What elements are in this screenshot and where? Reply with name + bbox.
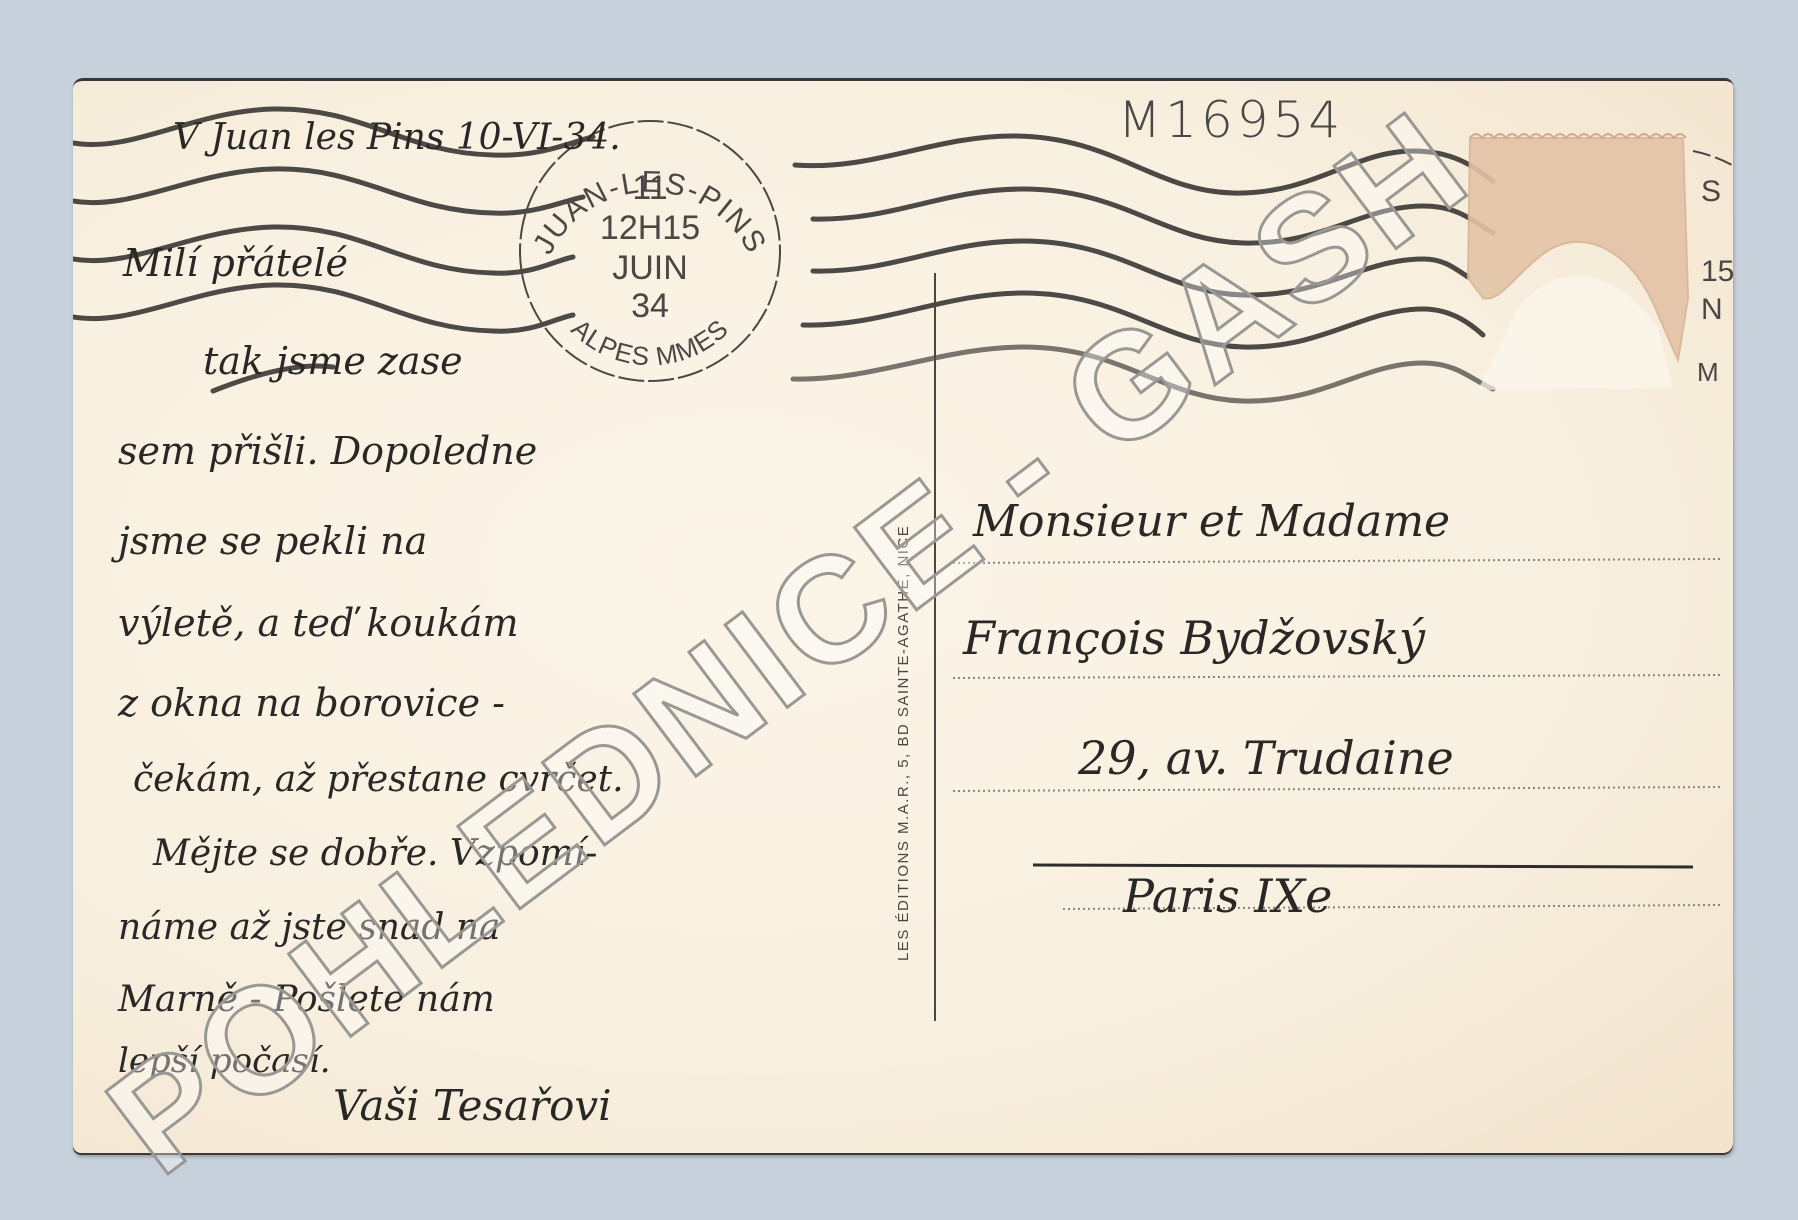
stamp-remnant [1458, 128, 1703, 393]
message-line: sem přišli. Dopoledne [118, 429, 537, 473]
message-line: jsme se pekli na [118, 519, 427, 563]
catalog-number: M16954 [1118, 91, 1344, 149]
postmark-year: 34 [631, 287, 669, 325]
message-line: tak jsme zase [203, 339, 463, 383]
wavy-cancellation-right [793, 136, 1493, 401]
publisher-imprint: LES ÉDITIONS M.A.R., 5, BD SAINTE-AGATHE… [895, 525, 912, 961]
message-place-date: V Juan les Pins 10-VI-34. [173, 117, 621, 158]
address-line: Paris IXe [1123, 869, 1332, 923]
postmark-time: 12H15 [600, 209, 700, 247]
message-line: lepší počasí. [118, 1041, 331, 1081]
address-line: 29, av. Trudaine [1078, 731, 1454, 785]
message-signature: Vaši Tesařovi [333, 1081, 612, 1130]
message-greeting: Milí přátelé [123, 241, 348, 285]
postmark-day: 11 [632, 169, 667, 207]
svg-text:15: 15 [1701, 255, 1733, 288]
message-line: Marně - Pošlete nám [118, 979, 495, 1020]
postcard: JUAN-LES-PINS ALPES MMES 11 12H15 JUIN 3… [73, 78, 1733, 1155]
message-line: náme až jste snad na [118, 907, 501, 948]
message-line: čekám, až přestane cvrčet. [133, 759, 624, 800]
message-line: Mějte se dobře. Vzpomí- [153, 833, 597, 874]
address-line: Monsieur et Madame [973, 496, 1450, 547]
address-line: François Bydžovský [963, 611, 1425, 665]
svg-text:N: N [1701, 293, 1723, 326]
message-line: výletě, a teď koukám [118, 601, 518, 645]
postmark-juan-les-pins: JUAN-LES-PINS ALPES MMES 11 12H15 JUIN 3… [520, 121, 780, 381]
svg-text:S: S [1701, 175, 1721, 208]
address-underline [1033, 865, 1693, 867]
message-line: z okna na borovice - [118, 681, 505, 725]
postmark-month: JUIN [612, 249, 688, 287]
